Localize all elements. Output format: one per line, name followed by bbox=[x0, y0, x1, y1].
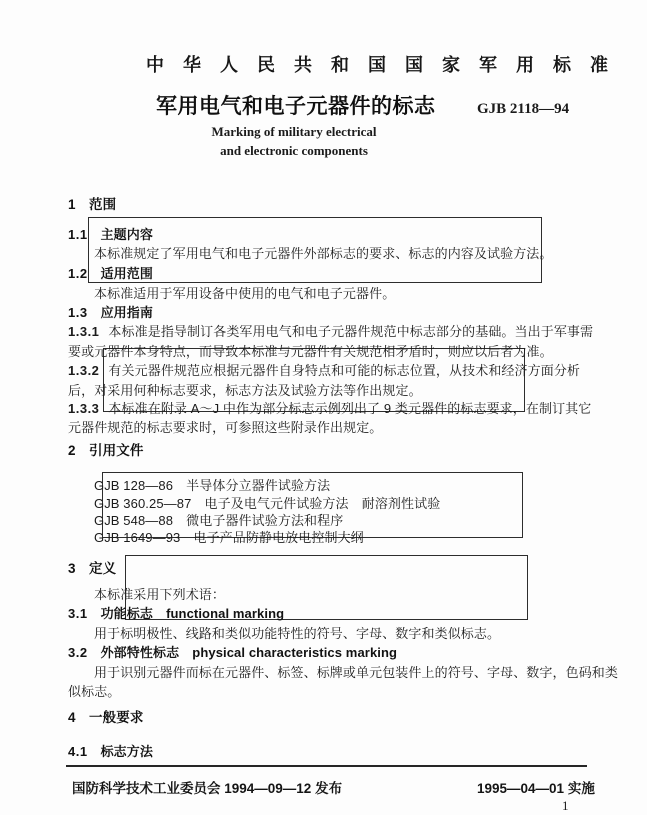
footer-divider bbox=[66, 765, 587, 767]
standard-number: GJB 2118—94 bbox=[477, 101, 569, 118]
section-heading-4-1: 4.1标志方法 bbox=[68, 744, 153, 759]
section-title: 适用范围 bbox=[101, 266, 153, 281]
paragraph-1-3-3-line2: 元器件规范的标志要求时，可参照这些附录作出规定。 bbox=[68, 420, 382, 435]
clause-number: 1.3.2 bbox=[68, 363, 99, 378]
reference-gjb-128-86: GJB 128—86 半导体分立器件试验方法 bbox=[94, 478, 330, 493]
section-title: 外部特性标志 physical characteristics marking bbox=[101, 645, 398, 660]
paragraph-3-intro: 本标准采用下列术语： bbox=[94, 587, 225, 602]
reference-gjb-548-88: GJB 548—88 微电子器件试验方法和程序 bbox=[94, 513, 343, 528]
section-heading-2: 2引用文件 bbox=[68, 443, 143, 458]
section-number: 1.3 bbox=[68, 305, 88, 320]
section-title: 标志方法 bbox=[101, 744, 153, 759]
clause-text: 本标准是指导制订各类军用电气和电子元器件规范中标志部分的基础。当出于军事需 bbox=[108, 324, 593, 339]
paragraph-3-2-line1: 用于识别元器件而标在元器件、标签、标牌或单元包装件上的符号、字母、数字，色码和类 bbox=[94, 665, 618, 680]
paragraph-1-2: 本标准适用于军用设备中使用的电气和电子元器件。 bbox=[94, 286, 395, 301]
section-heading-1-3: 1.3应用指南 bbox=[68, 305, 153, 320]
clause-number: 1.3.3 bbox=[68, 401, 99, 416]
reference-gjb-1649-93: GJB 1649—93 电子产品防静电放电控制大纲 bbox=[94, 530, 364, 545]
paragraph-1-3-2-line1: 1.3.2有关元器件规范应根据元器件自身特点和可能的标志位置，从技术和经济方面分… bbox=[68, 363, 580, 378]
clause-text: 有关元器件规范应根据元器件自身特点和可能的标志位置，从技术和经济方面分析 bbox=[108, 363, 580, 378]
section-title: 引用文件 bbox=[89, 443, 143, 458]
section-number: 1.2 bbox=[68, 266, 88, 281]
document-title-en-line2: and electronic components bbox=[155, 141, 433, 160]
section-number: 3 bbox=[68, 561, 76, 576]
footer-issuing-authority: 国防科学技术工业委员会 1994—09—12 发布 bbox=[72, 777, 342, 797]
section-title: 应用指南 bbox=[101, 305, 153, 320]
paragraph-3-1: 用于标明极性、线路和类似功能特性的符号、字母、数字和类似标志。 bbox=[94, 626, 500, 641]
section-title: 一般要求 bbox=[89, 710, 143, 725]
document-title-en-line1: Marking of military electrical bbox=[155, 122, 433, 141]
clause-text: 本标准在附录 A～J 中作为部分标志示例列出了 9 类元器件的标志要求，在制订其… bbox=[108, 401, 591, 416]
section-number: 4 bbox=[68, 710, 76, 725]
page-number: 1 bbox=[562, 798, 569, 814]
section-number: 2 bbox=[68, 443, 76, 458]
reference-gjb-360-25-87: GJB 360.25—87 电子及电气元件试验方法 耐溶剂性试验 bbox=[94, 496, 440, 511]
document-title-zh: 军用电气和电子元器件的标志 bbox=[156, 90, 436, 120]
section-heading-3: 3定义 bbox=[68, 561, 116, 576]
section-title: 范围 bbox=[89, 197, 116, 212]
paragraph-1-3-2-line2: 后，对采用何种标志要求，标志方法及试验方法等作出规定。 bbox=[68, 383, 422, 398]
section-heading-3-1: 3.1功能标志 functional marking bbox=[68, 606, 284, 621]
section-heading-4: 4一般要求 bbox=[68, 710, 143, 725]
section-number: 1.1 bbox=[68, 227, 88, 242]
document-title-en: Marking of military electrical and elect… bbox=[155, 122, 433, 160]
section-heading-1-1: 1.1主题内容 bbox=[68, 227, 153, 242]
paragraph-1-1: 本标准规定了军用电气和电子元器件外部标志的要求、标志的内容及试验方法。 bbox=[94, 246, 553, 261]
section-number: 3.1 bbox=[68, 606, 88, 621]
paragraph-3-2-line2: 似标志。 bbox=[68, 684, 120, 699]
paragraph-1-3-1-line1: 1.3.1本标准是指导制订各类军用电气和电子元器件规范中标志部分的基础。当出于军… bbox=[68, 324, 593, 339]
section-title: 定义 bbox=[89, 561, 116, 576]
section-title: 功能标志 functional marking bbox=[101, 606, 285, 621]
section-number: 4.1 bbox=[68, 744, 88, 759]
clause-number: 1.3.1 bbox=[68, 324, 99, 339]
section-number: 1 bbox=[68, 197, 76, 212]
paragraph-1-3-1-line2: 要或元器件本身特点，而导致本标准与元器件有关规范相矛盾时，则应以后者为准。 bbox=[68, 344, 553, 359]
standard-class-title: 中 华 人 民 共 和 国 国 家 军 用 标 准 bbox=[146, 51, 615, 77]
scanned-standard-page: 中 华 人 民 共 和 国 国 家 军 用 标 准 军用电气和电子元器件的标志 … bbox=[0, 0, 647, 815]
section-heading-1-2: 1.2适用范围 bbox=[68, 266, 153, 281]
section-heading-3-2: 3.2外部特性标志 physical characteristics marki… bbox=[68, 645, 397, 660]
paragraph-1-3-3-line1: 1.3.3本标准在附录 A～J 中作为部分标志示例列出了 9 类元器件的标志要求… bbox=[68, 401, 591, 416]
section-number: 3.2 bbox=[68, 645, 88, 660]
section-heading-1: 1范围 bbox=[68, 197, 116, 212]
section-title: 主题内容 bbox=[101, 227, 153, 242]
footer-effective-date: 1995—04—01 实施 bbox=[477, 777, 595, 797]
